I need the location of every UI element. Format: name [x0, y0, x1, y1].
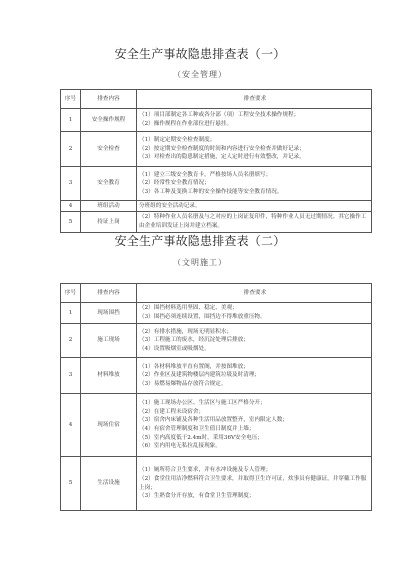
header-req: 排查要求 — [137, 90, 372, 109]
row-requirements: （1）制定定期安全检查制度； （2）按定期安全检查制度的时间和内容进行安全检查并… — [137, 132, 372, 167]
requirement-line: （2）作业区及建筑物楼层内建筑垃圾及时清理； — [139, 371, 371, 380]
row-requirements: （1）项目部制定各工种或各分部（项）工程安全技术操作规程； （2）操作规程在作业… — [137, 109, 372, 132]
row-requirements: （1）施工现场办公区、生活区与施工区严格分开； （2）在建工程未设宿舍； （3）… — [137, 394, 372, 457]
sheet2-subtitle: （文明施工） — [0, 258, 400, 268]
row-num: 2 — [61, 132, 81, 167]
row-requirements: （1）各材料堆放平直有置阁，并按图堆放； （2）作业区及建筑物楼层内建筑垃圾及时… — [137, 358, 372, 394]
row-num: 4 — [61, 201, 81, 212]
requirement-line: （4）设置吸烟室或吸烟处。 — [139, 345, 371, 354]
requirement-line: （3）生熟食分开存放，有食堂卫生管理制度； — [139, 492, 371, 501]
requirement-line: （2）在建工程未设宿舍； — [139, 408, 371, 417]
requirement-line: （1）项目部制定各工种或各分部（项）工程安全技术操作规程； — [139, 111, 371, 120]
row-item: 持证上岗 — [81, 212, 137, 233]
requirement-line: （3）围挡必须连续设置，围挡边不得堆放重压物。 — [139, 313, 371, 322]
row-num: 5 — [61, 457, 81, 511]
row-item: 安全检查 — [81, 132, 137, 167]
requirement-line: （2）特种作业人员名册及与之对应的上岗证复印件，特种作业人员无过期情况。其它操作… — [139, 213, 371, 230]
requirement-line: （6）室内用电无私拉乱接现象。 — [139, 442, 371, 451]
table-row: 4 现场住宿 （1）施工现场办公区、生活区与施工区严格分开； （2）在建工程未设… — [61, 394, 372, 457]
row-item: 材料堆放 — [81, 358, 137, 394]
row-num: 3 — [61, 167, 81, 201]
requirement-line: （3）各工种及变换工种的安全操作技能等安全教育情况。 — [139, 188, 371, 197]
row-num: 3 — [61, 358, 81, 394]
table-row: 4 班组活动 分班组的安全活动记录。 — [61, 201, 372, 212]
table-row: 5 持证上岗 （2）特种作业人员名册及与之对应的上岗证复印件，特种作业人员无过期… — [61, 212, 372, 233]
table-header-row: 序号 排查内容 排查要求 — [61, 284, 372, 303]
requirement-line: （4）有宿舍管理制度和卫生值日制度并上墙； — [139, 425, 371, 434]
table-row: 2 施工现场 （2）有排水措施，现场无明显积水； （3）工程施工的废水，经沉淀处… — [61, 324, 372, 358]
table-row: 1 安全操作规程 （1）项目部制定各工种或各分部（项）工程安全技术操作规程； （… — [61, 109, 372, 132]
requirement-line: （2）围挡材料选用坚固、稳定、美观； — [139, 304, 371, 313]
header-req: 排查要求 — [137, 284, 372, 303]
requirement-line: （2）经常性安全教育情况； — [139, 179, 371, 188]
table-row: 2 安全检查 （1）制定定期安全检查制度； （2）按定期安全检查制度的时间和内容… — [61, 132, 372, 167]
table-row: 1 现场围挡 （2）围挡材料选用坚固、稳定、美观； （3）围挡必须连续设置，围挡… — [61, 303, 372, 324]
sheet2-title: 安全生产事故隐患排查表（二） — [0, 234, 400, 248]
requirement-line: （1）建立三级安全教育卡，严格按场人员名册填写； — [139, 171, 371, 180]
table-row: 3 材料堆放 （1）各材料堆放平直有置阁，并按图堆放； （2）作业区及建筑物楼层… — [61, 358, 372, 394]
row-item: 施工现场 — [81, 324, 137, 358]
requirement-line: （2）操作规程在作业部位进行悬挂。 — [139, 120, 371, 129]
table-row: 3 安全教育 （1）建立三级安全教育卡，严格按场人员名册填写； （2）经常性安全… — [61, 167, 372, 201]
row-requirements: （2）特种作业人员名册及与之对应的上岗证复印件，特种作业人员无过期情况。其它操作… — [137, 212, 372, 233]
row-requirements: 分班组的安全活动记录。 — [137, 201, 372, 212]
row-item: 现场住宿 — [81, 394, 137, 457]
row-num: 2 — [61, 324, 81, 358]
table-header-row: 序号 排查内容 排查要求 — [61, 90, 372, 109]
requirement-line: （1）制定定期安全检查制度； — [139, 136, 371, 145]
requirement-line: （3）对检查出的隐患制定措施，定人定时进行有效整改，并记录。 — [139, 153, 371, 162]
sheet1-subtitle: （安全管理） — [0, 70, 400, 80]
row-item: 安全操作规程 — [81, 109, 137, 132]
row-item: 现场围挡 — [81, 303, 137, 324]
row-requirements: （2）围挡材料选用坚固、稳定、美观； （3）围挡必须连续设置，围挡边不得堆放重压… — [137, 303, 372, 324]
row-requirements: （1）建立三级安全教育卡，严格按场人员名册填写； （2）经常性安全教育情况； （… — [137, 167, 372, 201]
requirement-line: （2）有排水措施，现场无明显积水； — [139, 328, 371, 337]
requirement-line: （1）厕所符合卫生要求，并有水冲设施及专人管理； — [139, 466, 371, 475]
requirement-line: （1）各材料堆放平直有置阁，并按图堆放； — [139, 363, 371, 372]
requirement-line: （3）工程施工的废水，经沉淀处理后排放； — [139, 336, 371, 345]
requirement-line: （2）按定期安全检查制度的时间和内容进行安全检查并做好记录； — [139, 145, 371, 154]
header-item: 排查内容 — [81, 284, 137, 303]
sheet1-table: 序号 排查内容 排查要求 1 安全操作规程 （1）项目部制定各工种或各分部（项）… — [60, 89, 372, 233]
requirement-line: （1）施工现场办公区、生活区与施工区严格分开； — [139, 399, 371, 408]
row-num: 1 — [61, 109, 81, 132]
requirement-line: （3）宿舍内床铺及各种生活用品放置整齐，室内限定人数； — [139, 416, 371, 425]
header-num: 序号 — [61, 284, 81, 303]
sheet1-title: 安全生产事故隐患排查表（一） — [0, 47, 400, 61]
row-num: 1 — [61, 303, 81, 324]
row-num: 5 — [61, 212, 81, 233]
row-item: 生活设施 — [81, 457, 137, 511]
row-item: 安全教育 — [81, 167, 137, 201]
requirement-line: （5）室内高度低于2.4m时，采用36V安全电压； — [139, 434, 371, 443]
row-requirements: （1）厕所符合卫生要求，并有水冲设施及专人管理； （2）食堂住用洁净燃料符合卫生… — [137, 457, 372, 511]
header-num: 序号 — [61, 90, 81, 109]
row-item: 班组活动 — [81, 201, 137, 212]
requirement-line: 分班组的安全活动记录。 — [139, 202, 371, 211]
requirement-line: （3）易燃易爆物品存放符合规定。 — [139, 380, 371, 389]
sheet2-table: 序号 排查内容 排查要求 1 现场围挡 （2）围挡材料选用坚固、稳定、美观； （… — [60, 283, 372, 511]
header-item: 排查内容 — [81, 90, 137, 109]
table-row: 5 生活设施 （1）厕所符合卫生要求，并有水冲设施及专人管理； （2）食堂住用洁… — [61, 457, 372, 511]
row-requirements: （2）有排水措施，现场无明显积水； （3）工程施工的废水，经沉淀处理后排放； （… — [137, 324, 372, 358]
requirement-line: （2）食堂住用洁净燃料符合卫生要求，并取得卫生许可证，炊事员有健康证，并穿戴工作… — [139, 475, 371, 492]
row-num: 4 — [61, 394, 81, 457]
